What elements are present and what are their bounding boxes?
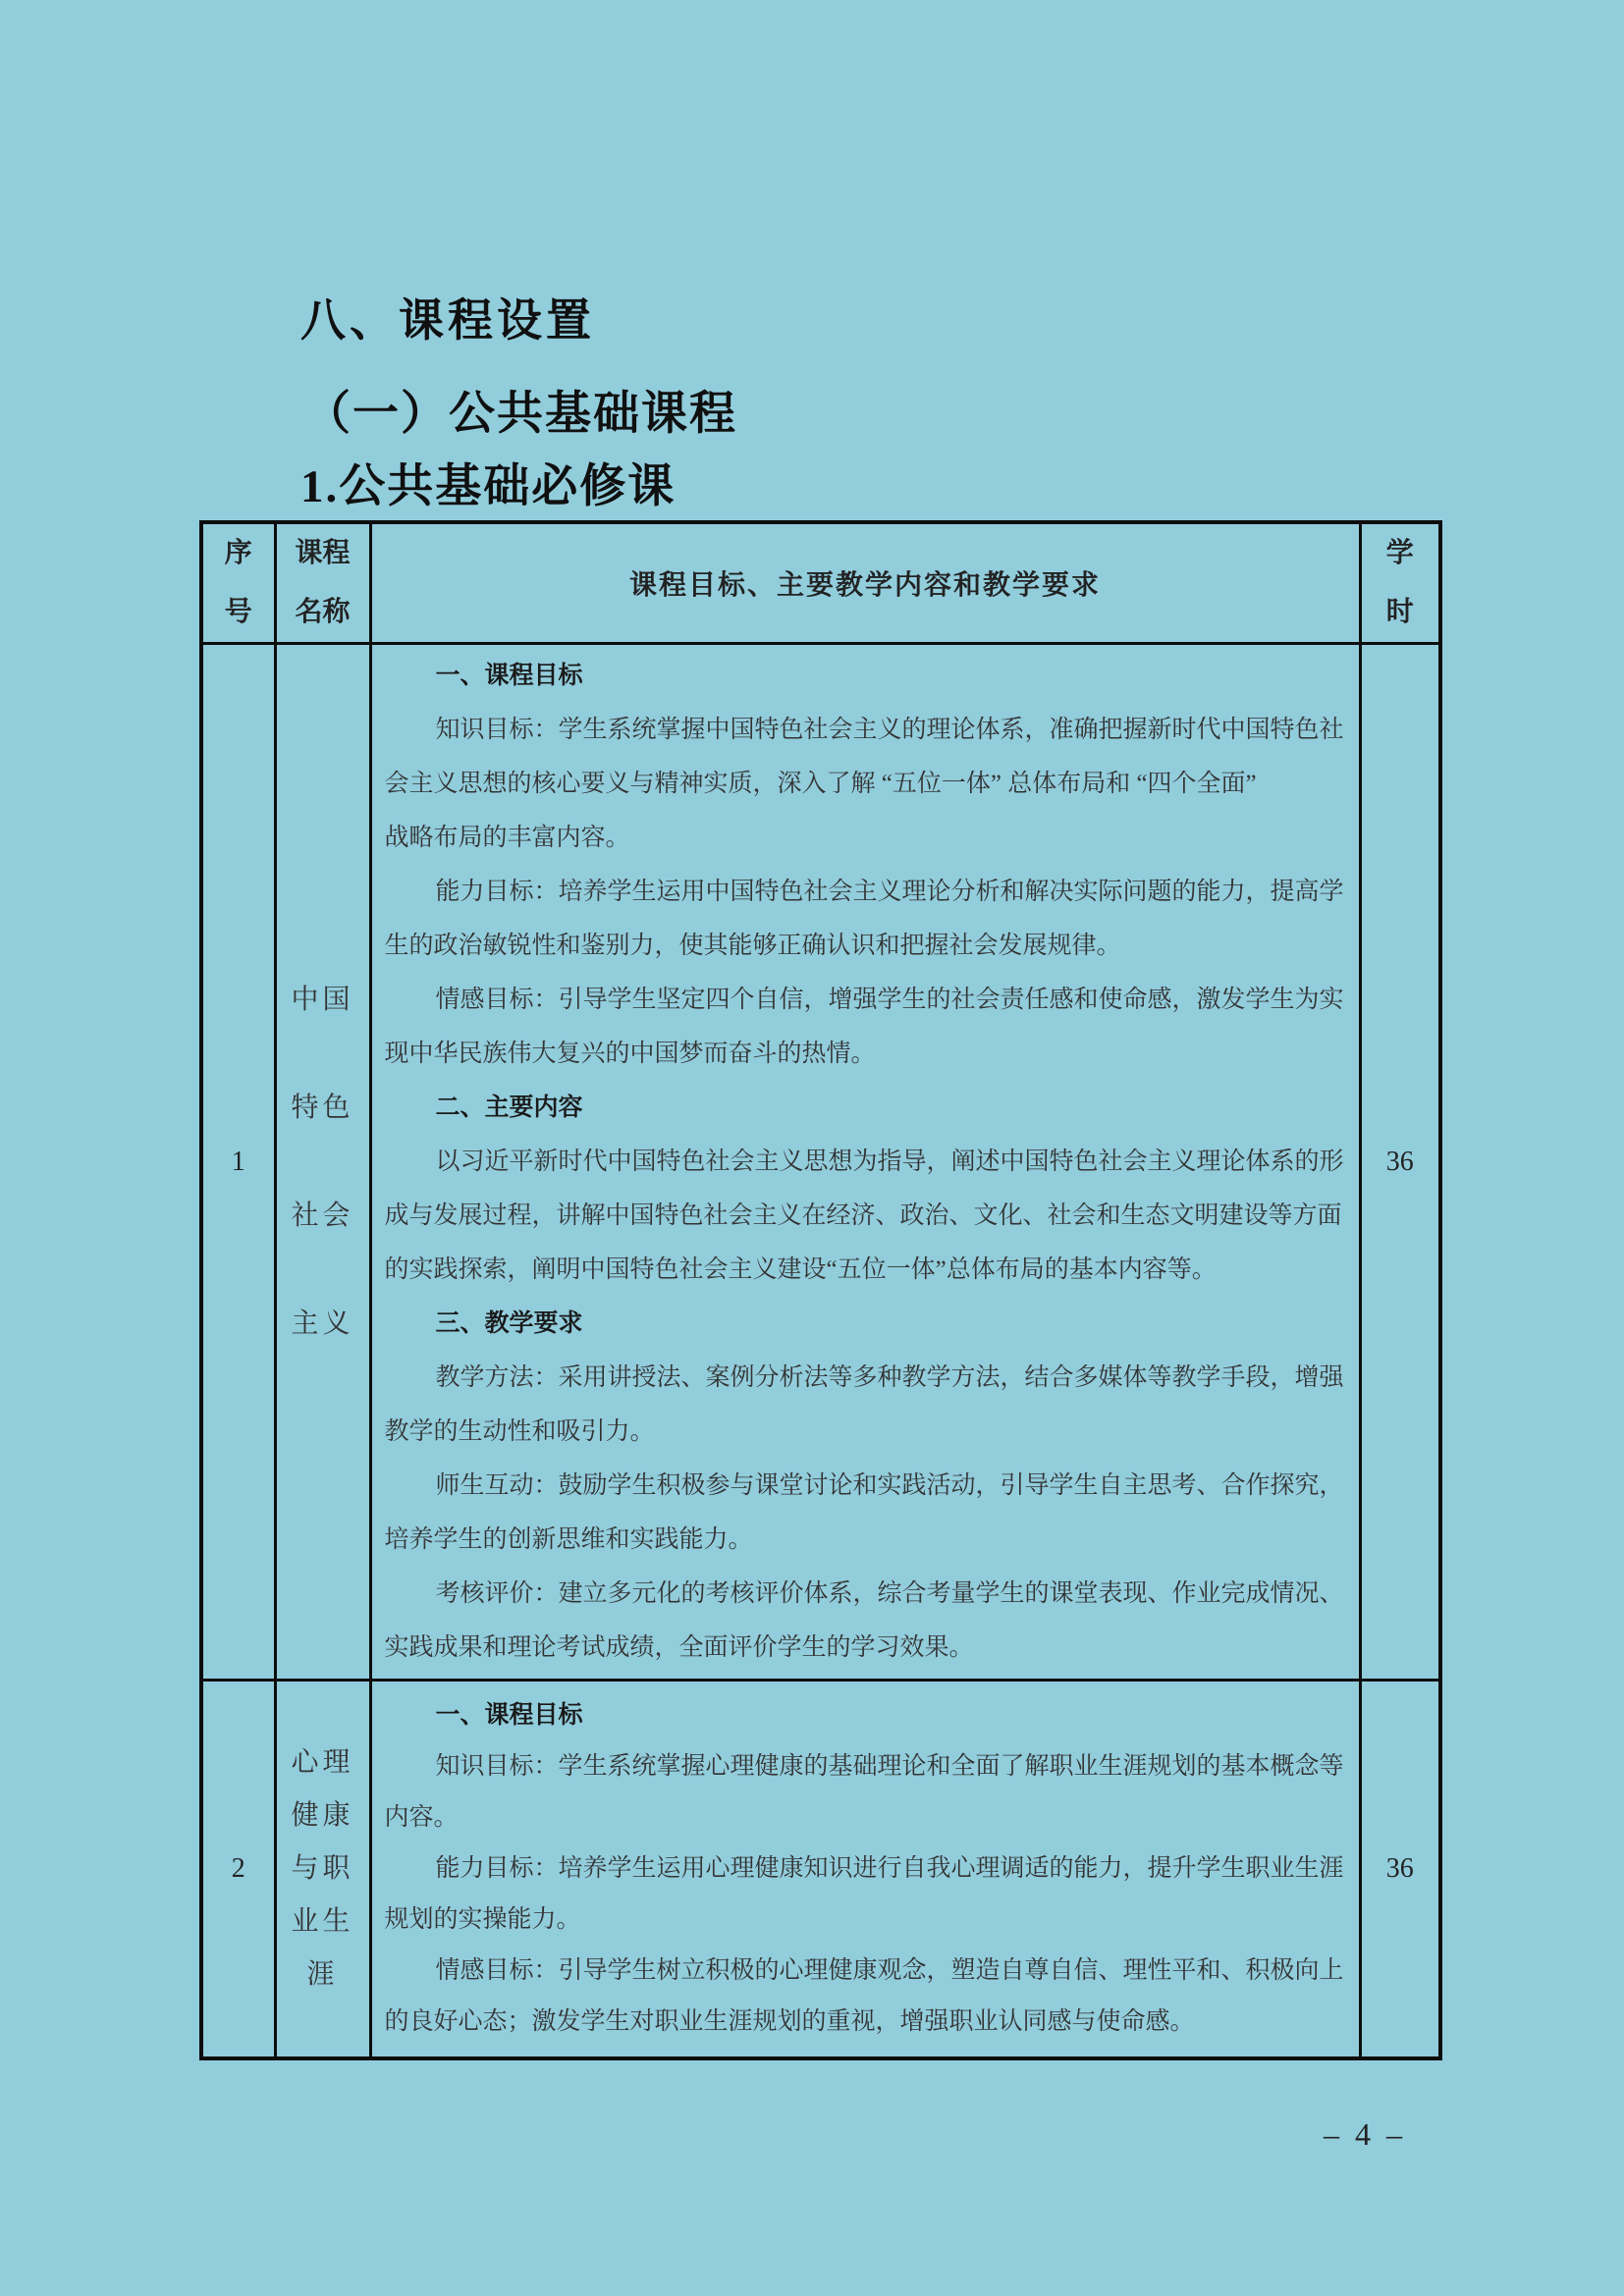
header-course-stack: 课程名称 xyxy=(277,524,369,642)
table-row: 1 中国特色社会主义 一、课程目标知识目标：学生系统掌握中国特色社会主义的理论体… xyxy=(201,644,1440,1681)
course-name-line: 涯 xyxy=(306,1949,338,2002)
content-line: 成与发展过程，讲解中国特色社会主义在经济、政治、文化、社会和生态文明建设等方面 xyxy=(385,1189,1346,1243)
course-name-cell: 中国特色社会主义 xyxy=(275,644,370,1681)
content-line: 知识目标：学生系统掌握中国特色社会主义的理论体系，准确把握新时代中国特色社 xyxy=(385,703,1346,757)
course-name-line: 与职 xyxy=(291,1842,353,1896)
content-line: 实践成果和理论考试成绩，全面评价学生的学习效果。 xyxy=(385,1621,1346,1675)
row-index-cell: 2 xyxy=(201,1681,275,2058)
content-line: 师生互动：鼓励学生积极参与课堂讨论和实践活动，引导学生自主思考、合作探究， xyxy=(385,1459,1346,1513)
content-line: 教学方法：采用讲授法、案例分析法等多种教学方法，结合多媒体等教学手段，增强 xyxy=(385,1351,1346,1405)
course-content-lines: 一、课程目标知识目标：学生系统掌握心理健康的基础理论和全面了解职业生涯规划的基本… xyxy=(372,1686,1359,2052)
content-line: 能力目标：培养学生运用心理健康知识进行自我心理调适的能力，提升学生职业生涯 xyxy=(385,1843,1346,1895)
page-number: – 4 – xyxy=(1324,2116,1406,2153)
header-hours-stack: 学时 xyxy=(1362,524,1439,642)
header-course-line: 名称 xyxy=(295,583,350,642)
course-content-cell: 一、课程目标知识目标：学生系统掌握心理健康的基础理论和全面了解职业生涯规划的基本… xyxy=(370,1681,1360,2058)
content-line: 的良好心态；激发学生对职业生涯规划的重视，增强职业认同感与使命感。 xyxy=(385,1997,1346,2048)
content-line: 内容。 xyxy=(385,1792,1346,1843)
header-index-line: 序 xyxy=(225,524,252,583)
subsubsection-heading: 1.公共基础必修课 xyxy=(300,450,676,515)
content-line: 以习近平新时代中国特色社会主义思想为指导，阐述中国特色社会主义理论体系的形 xyxy=(385,1135,1346,1189)
header-course-line: 课程 xyxy=(295,524,350,583)
course-name-stack: 心理健康与职业生涯 xyxy=(277,1736,369,2002)
content-line: 情感目标：引导学生树立积极的心理健康观念，塑造自尊自信、理性平和、积极向上 xyxy=(385,1946,1346,1997)
hours-cell: 36 xyxy=(1360,644,1440,1681)
course-name-line: 主义 xyxy=(291,1270,353,1378)
content-line: 会主义思想的核心要义与精神实质，深入了解 “五位一体” 总体布局和 “四个全面” xyxy=(385,757,1346,811)
course-name-stack: 中国特色社会主义 xyxy=(277,946,369,1378)
header-hours-line: 时 xyxy=(1386,583,1414,642)
header-cell-content: 课程目标、主要教学内容和教学要求 xyxy=(370,522,1360,644)
content-line: 考核评价：建立多元化的考核评价体系，综合考量学生的课堂表现、作业完成情况、 xyxy=(385,1567,1346,1621)
course-name-line: 特色 xyxy=(291,1054,353,1162)
course-table: 序号 课程名称 课程目标、主要教学内容和教学要求 学时 xyxy=(199,520,1442,2060)
content-line: 知识目标：学生系统掌握心理健康的基础理论和全面了解职业生涯规划的基本概念等 xyxy=(385,1741,1346,1792)
content-line: 二、主要内容 xyxy=(385,1081,1346,1135)
content-line: 教学的生动性和吸引力。 xyxy=(385,1405,1346,1459)
content-line: 的实践探索，阐明中国特色社会主义建设“五位一体”总体布局的基本内容等。 xyxy=(385,1243,1346,1297)
table-row: 2 心理健康与职业生涯 一、课程目标知识目标：学生系统掌握心理健康的基础理论和全… xyxy=(201,1681,1440,2058)
content-line: 培养学生的创新思维和实践能力。 xyxy=(385,1513,1346,1567)
course-content-lines: 一、课程目标知识目标：学生系统掌握中国特色社会主义的理论体系，准确把握新时代中国… xyxy=(372,645,1359,1679)
course-name-line: 健康 xyxy=(291,1789,353,1842)
course-content-cell: 一、课程目标知识目标：学生系统掌握中国特色社会主义的理论体系，准确把握新时代中国… xyxy=(370,644,1360,1681)
content-line: 一、课程目标 xyxy=(385,649,1346,703)
header-hours-line: 学 xyxy=(1386,524,1414,583)
header-content-title: 课程目标、主要教学内容和教学要求 xyxy=(372,563,1359,603)
content-line: 三、教学要求 xyxy=(385,1297,1346,1351)
content-line: 规划的实操能力。 xyxy=(385,1895,1346,1946)
content-line: 战略布局的丰富内容。 xyxy=(385,811,1346,865)
content-line: 能力目标：培养学生运用中国特色社会主义理论分析和解决实际问题的能力，提高学 xyxy=(385,865,1346,919)
header-cell-index: 序号 xyxy=(201,522,275,644)
course-name-line: 社会 xyxy=(291,1162,353,1270)
table-header-row: 序号 课程名称 课程目标、主要教学内容和教学要求 学时 xyxy=(201,522,1440,644)
row-index-cell: 1 xyxy=(201,644,275,1681)
header-index-stack: 序号 xyxy=(203,524,274,642)
course-name-cell: 心理健康与职业生涯 xyxy=(275,1681,370,2058)
header-cell-hours: 学时 xyxy=(1360,522,1440,644)
header-index-line: 号 xyxy=(225,583,252,642)
content-line: 现中华民族伟大复兴的中国梦而奋斗的热情。 xyxy=(385,1027,1346,1081)
document-page: 八、课程设置 （一）公共基础课程 1.公共基础必修课 序号 课程名称 xyxy=(0,0,1624,2296)
course-name-line: 中国 xyxy=(291,946,353,1054)
subsection-heading: （一）公共基础课程 xyxy=(304,377,737,443)
header-cell-course: 课程名称 xyxy=(275,522,370,644)
course-name-line: 心理 xyxy=(291,1736,353,1789)
content-line: 生的政治敏锐性和鉴别力，使其能够正确认识和把握社会发展规律。 xyxy=(385,919,1346,973)
section-heading: 八、课程设置 xyxy=(300,285,595,349)
hours-cell: 36 xyxy=(1360,1681,1440,2058)
content-line: 情感目标：引导学生坚定四个自信，增强学生的社会责任感和使命感，激发学生为实 xyxy=(385,973,1346,1027)
course-name-line: 业生 xyxy=(291,1896,353,1949)
content-line: 一、课程目标 xyxy=(385,1690,1346,1741)
